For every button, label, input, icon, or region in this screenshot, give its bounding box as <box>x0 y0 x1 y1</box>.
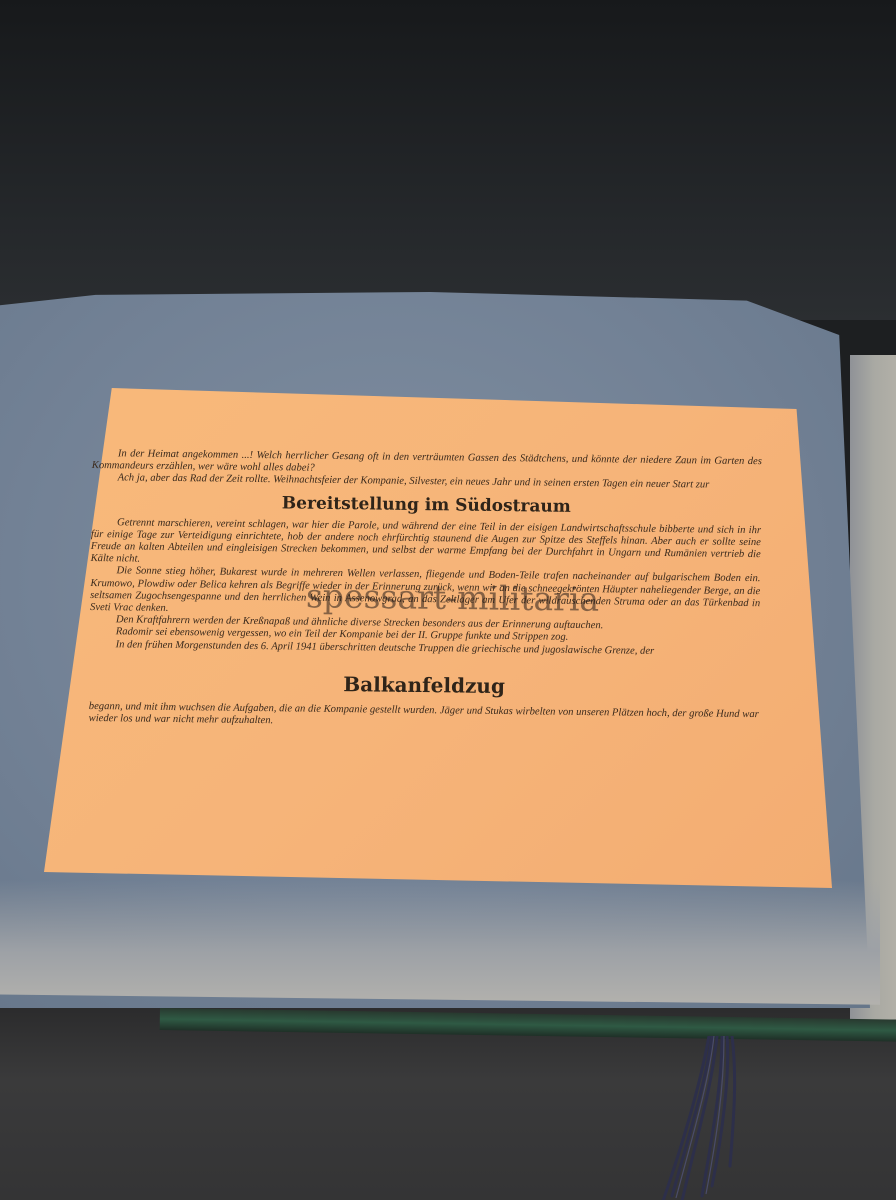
album-page-lower-edge <box>0 880 880 1010</box>
bookmark-tassel-icon <box>612 1036 762 1200</box>
heading-bereitstellung: Bereitstellung im Südostraum <box>91 491 761 519</box>
watermark-text: spessart-militaria <box>306 576 600 619</box>
dark-background-top <box>0 0 896 320</box>
section1-paragraph-1: Getrennt marschieren, vereint schlagen, … <box>91 517 762 574</box>
heading-balkanfeldzug: Balkanfeldzug <box>89 669 759 701</box>
